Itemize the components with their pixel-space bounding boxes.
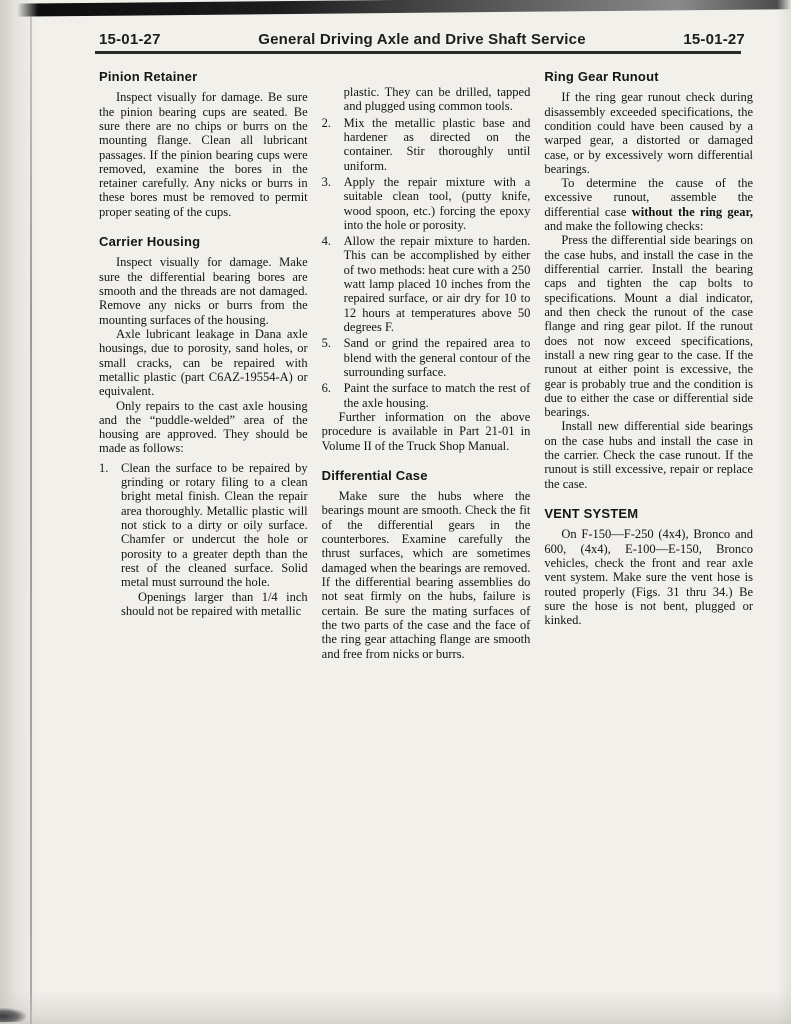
paragraph-with-bold: To determine the cause of the excessive … (544, 176, 753, 233)
paragraph: Inspect visually for damage. Be sure the… (99, 90, 308, 219)
header-rule (95, 51, 741, 54)
paragraph: Only repairs to the cast axle housing an… (99, 399, 308, 456)
bold-text-segment: without the ring gear, (632, 205, 753, 219)
scan-bottom-shadow (0, 990, 791, 1024)
step-text: Mix the metallic plastic base and harden… (344, 116, 531, 173)
three-column-text: Pinion Retainer Inspect visually for dam… (99, 70, 753, 661)
step-number: 2. (322, 116, 344, 173)
step-body: plastic. They can be drilled, tapped and… (344, 85, 531, 114)
paragraph: Axle lubricant leakage in Dana axle hous… (99, 327, 308, 399)
numbered-list: plastic. They can be drilled, tapped and… (322, 85, 531, 410)
step-body: Clean the surface to be repaired by grin… (121, 461, 308, 618)
page-header: 15-01-27 General Driving Axle and Drive … (99, 31, 745, 48)
section-heading-ring-gear-runout: Ring Gear Runout (544, 70, 753, 84)
header-left-code: 15-01-27 (99, 31, 161, 48)
numbered-step-1-continuation: plastic. They can be drilled, tapped and… (322, 85, 531, 114)
column-1: Pinion Retainer Inspect visually for dam… (99, 70, 308, 661)
step-text: Clean the surface to be repaired by grin… (121, 461, 308, 590)
step-text: Sand or grind the repaired area to blend… (344, 336, 531, 379)
paragraph: Further information on the above procedu… (322, 410, 531, 453)
step-body: Apply the repair mixture with a suitable… (344, 175, 531, 232)
paragraph: Press the differential side bearings on … (544, 233, 753, 419)
step-number: 3. (322, 175, 344, 232)
numbered-step-6: 6. Paint the surface to match the rest o… (322, 381, 531, 410)
step-text-continued: plastic. They can be drilled, tapped and… (344, 85, 531, 114)
step-text: Paint the surface to match the rest of t… (344, 381, 531, 410)
step-text: Apply the repair mixture with a suitable… (344, 175, 531, 232)
page-title: General Driving Axle and Drive Shaft Ser… (258, 31, 586, 48)
paragraph: Make sure the hubs where the bearings mo… (322, 489, 531, 661)
numbered-step-3: 3. Apply the repair mixture with a suita… (322, 175, 531, 232)
step-body: Paint the surface to match the rest of t… (344, 381, 531, 410)
section-heading-pinion-retainer: Pinion Retainer (99, 70, 308, 84)
paragraph: If the ring gear runout check during dis… (544, 90, 753, 176)
step-body: Sand or grind the repaired area to blend… (344, 336, 531, 379)
paragraph: Install new differential side bearings o… (544, 419, 753, 491)
numbered-step-2: 2. Mix the metallic plastic base and har… (322, 116, 531, 173)
numbered-step-4: 4. Allow the repair mixture to harden. T… (322, 234, 531, 334)
section-heading-vent-system: VENT SYSTEM (544, 507, 753, 521)
header-right-code: 15-01-27 (683, 31, 745, 48)
paragraph: Inspect visually for damage. Make sure t… (99, 255, 308, 327)
column-2: plastic. They can be drilled, tapped and… (322, 70, 531, 661)
scan-left-gutter-shadow (0, 0, 38, 1024)
scan-top-edge-strip (0, 0, 791, 17)
text-segment: and make the following checks: (544, 219, 703, 233)
scan-corner-mark (0, 1008, 26, 1022)
paragraph: On F-150—F-250 (4x4), Bronco and 600, (4… (544, 527, 753, 627)
step-number: 5. (322, 336, 344, 379)
column-3: Ring Gear Runout If the ring gear runout… (544, 70, 753, 661)
step-number-empty (322, 85, 344, 114)
numbered-step-5: 5. Sand or grind the repaired area to bl… (322, 336, 531, 379)
step-body: Allow the repair mixture to harden. This… (344, 234, 531, 334)
section-heading-differential-case: Differential Case (322, 469, 531, 483)
step-number: 4. (322, 234, 344, 334)
numbered-list: 1. Clean the surface to be repaired by g… (99, 461, 308, 618)
numbered-step-1: 1. Clean the surface to be repaired by g… (99, 461, 308, 618)
section-heading-carrier-housing: Carrier Housing (99, 235, 308, 249)
step-body: Mix the metallic plastic base and harden… (344, 116, 531, 173)
scan-gutter-line (30, 10, 32, 1024)
scan-right-edge-shadow (777, 0, 791, 1024)
step-text-continued: Openings larger than 1/4 inch should not… (121, 590, 308, 619)
step-number: 6. (322, 381, 344, 410)
step-text: Allow the repair mixture to harden. This… (344, 234, 531, 334)
step-number: 1. (99, 461, 121, 618)
